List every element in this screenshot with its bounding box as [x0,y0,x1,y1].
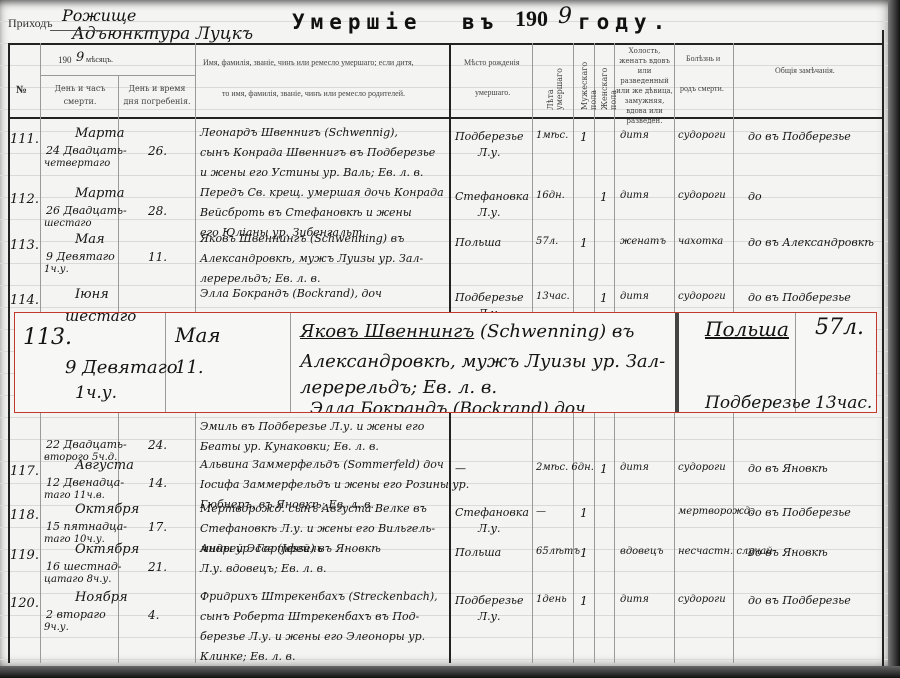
overlay-entry-number: 113. [23,325,72,350]
entry-remarks: до въ Яновкѣ [748,546,828,559]
entry-name-line: Леонардъ Швеннигъ (Schwennig), [200,126,398,139]
entry-burial-day: 11. [148,250,167,264]
col-birthplace-line2: умершаго. [475,88,510,97]
entry-birthplace-2: Л.у. [478,522,501,535]
entry-birthplace: Подберезье [455,291,523,304]
entry-burial-day: 14. [148,476,167,490]
entry-death-day: 12 Двенадца- [46,476,124,489]
entry-burial-day: 24. [148,438,167,452]
month-header-suffix: мѣсяцъ. [86,55,113,64]
overlay-death-day: 9 Девятаго [65,357,178,378]
col-male: Мужескаго пола [580,52,598,110]
title-in: въ [462,10,499,34]
entry-burial-day: 17. [148,520,167,534]
col-cause-line2: родъ смерти. [680,84,724,93]
entry-name-line: Александровкѣ, мужъ Луизы ур. Зал- [200,252,423,265]
entry-marital: дитя [620,130,649,141]
entry-burial-day: 28. [148,204,167,218]
overlay-birthplace: Польша [705,317,789,341]
col-name-line2: то имя, фамилія, званіе, чинъ или ремесл… [222,89,405,98]
title-year-printed: 190 [515,6,548,32]
entry-number: 114. [10,293,39,308]
col-birthplace-line1: Мѣсто рожденія [464,58,520,67]
entry-death-time: 1ч.у. [44,264,69,275]
entry-cause: мертворожд. [678,506,753,517]
entry-female: 1 [600,190,608,204]
col-death-day: День и часъ смерти. [44,82,116,108]
entry-marital: дитя [620,291,649,302]
entry-marital: дитя [620,462,649,473]
entry-cause: чахотка [678,236,723,247]
overlay-name-line4: Элла Бокрандъ (Bockrand) доч [310,399,586,413]
entry-name-line: Мертворожд. сынъ Августа Велке въ [200,502,427,515]
entry-birthplace: Польша [455,546,501,559]
overlay-death-hour: 1ч.у. [75,383,117,403]
entry-number: 112. [10,192,39,207]
entry-male: 1 [580,594,588,608]
entry-age: 1мѣс. [536,130,568,141]
entry-death-time: четвертаго [44,158,110,169]
page-edge-shadow-right [888,0,900,678]
entry-death-day: 24 Двадцать- [46,144,127,157]
entry-month: Октября [75,502,139,517]
entry-name-line: березье Л.у. и жены его Элеоноры ур. [200,630,425,643]
entry-death-day: 2 втораго [46,608,106,621]
entry-burial-day: 21. [148,560,167,574]
entry-cause: судороги [678,190,726,201]
parish-label: Приходъ [8,16,53,31]
overlay-burial-day: 11. [175,357,204,378]
entry-number: 118. [10,508,39,523]
entry-name-line: сынъ Роберта Штрекенбахъ въ Под- [200,610,419,623]
col-marital: Холость, женатъ вдовъ или разведенный ил… [616,46,673,126]
entry-month: Марта [75,126,124,141]
entry-cause: судороги [678,130,726,141]
entry-number: 120. [10,596,39,611]
entry-number: 119. [10,548,39,563]
entry-remarks: до въ Подберезье [748,291,851,304]
entry-cause: судороги [678,594,726,605]
magnified-entry-113: шестаго 113. Мая 9 Девятаго 11. 1ч.у. Як… [14,312,877,413]
overlay-age: 57л. [815,315,864,340]
title-year-word: году. [578,10,671,34]
entry-month: Іюня [75,287,109,302]
entry-burial-day: 4. [148,608,159,622]
entry-name-line: Стефановкѣ Л.у. и жены его Вильгель- [200,522,435,535]
entry-month: Марта [75,186,124,201]
entry-birthplace: Польша [455,236,501,249]
entry-death-day: 9 Девятаго [46,250,115,263]
entry-male: 1 [580,236,588,250]
col-name-line1: Имя, фамилія, званіе, чинъ или ремесло у… [203,58,414,67]
entry-name-line: Клинке; Ев. л. в. [200,650,295,663]
entry-age: 16дн. [536,190,565,201]
parish-name-line1: Рожище [62,6,136,25]
col-remarks: Общія замѣчанія. [775,66,835,75]
entry-birthplace-2: Л.у. [478,610,501,623]
overlay-name-line3: леререльдъ; Ев. л. в. [300,377,497,398]
entry-remarks: до [748,190,762,203]
entry-death-day: 26 Двадцать- [46,204,127,217]
entry-age: 2мѣс. 6дн. [536,462,594,473]
entry-burial-day: 26. [148,144,167,158]
overlay-name-line2: Александровкѣ, мужъ Луизы ур. Зал- [300,351,665,372]
entry-age: 57л. [536,236,558,247]
entry-remarks: до въ Подберезье [748,594,851,607]
entry-age: 65лѣтъ [536,546,580,557]
entry-birthplace-2: Л.у. [478,206,501,219]
title-year-handwritten: 9 [558,4,572,29]
entry-month: Августа [75,458,134,473]
entry-name-line: Андрей Эссе (Jesse) въ Яновкѣ [200,542,381,555]
entry-marital: вдовецъ [620,546,664,557]
register-page: Приходъ Рожище Адъюнктура Луцкъ Умершіе … [0,0,900,678]
entry-birthplace: Стефановка [455,506,529,519]
entry-female: 1 [600,462,608,476]
month-header-hw: 9 [76,50,84,65]
overlay-birthplace-next: Подберезье [705,393,811,413]
entry-birthplace: Подберезье [455,594,523,607]
entry-name-line: Беаты ур. Кунаковки; Ев. л. в. [200,440,379,453]
entry-cause: судороги [678,462,726,473]
col-age: Лѣта умершаго [546,52,564,110]
entry-number: 111. [10,132,39,147]
entry-name-line: Яковъ Швеннингъ (Schwenning) въ [200,232,404,245]
col-cause-line1: Болѣзнь и [686,54,720,63]
entry-name-line: Фридрихъ Штрекенбахъ (Streckenbach), [200,590,438,603]
entry-death-time: шестаго [44,218,92,229]
entry-name-line: Элла Бокрандъ (Bockrand), доч [200,287,382,300]
entry-remarks: до въ Александровкѣ [748,236,874,249]
entry-birthplace: — [455,462,466,475]
entry-age: 13час. [536,291,570,302]
entry-name-line: Передъ Св. крещ. умершая дочь Конрада [200,186,444,199]
entry-male: 1 [580,130,588,144]
overlay-age-next: 13час. [815,393,872,413]
entry-name-line: Л.у. вдовецъ; Ев. л. в. [200,562,327,575]
col-burial-day: День и время дня погребенія. [121,82,193,108]
entry-month: Мая [75,232,105,247]
entry-cause: судороги [678,291,726,302]
entry-month: Ноября [75,590,128,605]
entry-name-line: Іосифа Заммерфельдъ и жены его Розины ур… [200,478,469,491]
entry-age: 1день [536,594,567,605]
entry-name-line: леререльдъ; Ев. л. в. [200,272,320,285]
overlay-name-line1: Яковъ Швеннингъ (Schwenning) въ [300,321,634,342]
entry-male: 1 [580,546,588,560]
entry-name-line: Альвина Заммерфельдъ (Sommerfeld) доч [200,458,444,471]
entry-age: — [536,506,546,517]
entry-marital: дитя [620,594,649,605]
entry-marital: дитя [620,190,649,201]
entry-female: 1 [600,291,608,305]
entry-month: Октября [75,542,139,557]
entry-death-time: цатаго 8ч.у. [44,574,111,585]
entry-birthplace: Подберезье [455,130,523,143]
register-title: Умершіе [292,10,423,34]
entry-marital: женатъ [620,236,666,247]
overlay-top-fragment: шестаго [65,312,136,325]
entry-birthplace-2: Л.у. [478,146,501,159]
entry-name-line: и жены его Устины ур. Валь; Ев. л. в. [200,166,423,179]
entry-birthplace: Стефановка [455,190,529,203]
parish-name-line2: Адъюнктура Луцкъ [72,24,253,44]
entry-remarks: до въ Подберезье [748,506,851,519]
col-number: № [16,84,27,96]
entry-death-time: таго 11ч.в. [44,490,105,501]
entry-name-line: сынъ Конрада Швеннигъ въ Подберезье [200,146,435,159]
entry-male: 1 [580,506,588,520]
overlay-month: Мая [175,323,221,347]
entry-death-day: 22 Двадцать- [46,438,127,451]
entry-death-time: 9ч.у. [44,622,69,633]
entry-remarks: до въ Подберезье [748,130,851,143]
entry-name-line: Эмиль въ Подберезье Л.у. и жены его [200,420,424,433]
entry-number: 117. [10,464,39,479]
entry-number: 113. [10,238,39,253]
entry-death-day: 16 шестнад- [46,560,122,573]
month-header-printed: 190 [58,55,72,65]
page-edge-shadow-bottom [0,666,900,678]
entry-remarks: до въ Яновкѣ [748,462,828,475]
entry-death-day: 15 пятнадца- [46,520,127,533]
entry-name-line: Вейсброть въ Стефановкѣ и жены [200,206,412,219]
